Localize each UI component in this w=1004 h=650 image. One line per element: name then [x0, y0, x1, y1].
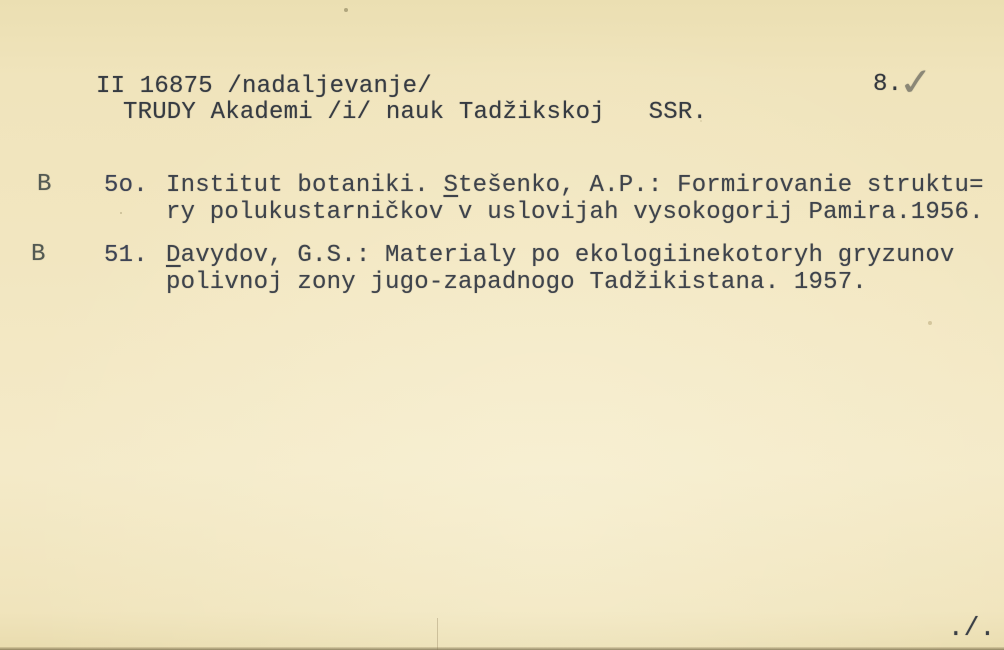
entry-heading: Institut botaniki. — [166, 172, 443, 199]
continuation-mark: ./. — [948, 615, 995, 642]
margin-letter: B — [37, 171, 51, 198]
series-title-line: TRUDY Akademi /i/ nauk Tadžikskoj SSR. — [123, 99, 707, 126]
underlined-author-initial: S — [443, 172, 458, 199]
entry-line-rest: avydov, G.S.: Materialy po ekologiinekot… — [181, 242, 955, 269]
entry-line-1: Davydov, G.S.: Materialy po ekologiineko… — [166, 242, 1004, 269]
entry-line-2: polivnoj zony jugo-zapadnogo Tadžikistan… — [166, 269, 1004, 296]
entry-text: Davydov, G.S.: Materialy po ekologiineko… — [166, 242, 1004, 296]
underlined-author-initial: D — [166, 242, 181, 269]
call-number-line: II 16875 /nadaljevanje/ — [96, 73, 432, 100]
entry-number: 51. — [104, 242, 148, 269]
paper-specks — [0, 0, 2, 2]
entry-line-1: Institut botaniki. Stešenko, A.P.: Formi… — [166, 172, 1004, 199]
sheet-number: 8. — [873, 71, 902, 98]
margin-letter: B — [31, 241, 45, 268]
pencil-checkmark-icon: ✓ — [898, 55, 932, 110]
entry-line-rest: tešenko, A.P.: Formirovanie struktu= — [458, 172, 984, 199]
paper-crease — [437, 618, 438, 650]
entry-number: 5o. — [104, 172, 148, 199]
entry-text: Institut botaniki. Stešenko, A.P.: Formi… — [166, 172, 1004, 226]
entry-line-2: ry polukustarničkov v uslovijah vysokogo… — [166, 199, 1004, 226]
catalog-card: II 16875 /nadaljevanje/ 8. ✓ TRUDY Akade… — [0, 0, 1004, 650]
